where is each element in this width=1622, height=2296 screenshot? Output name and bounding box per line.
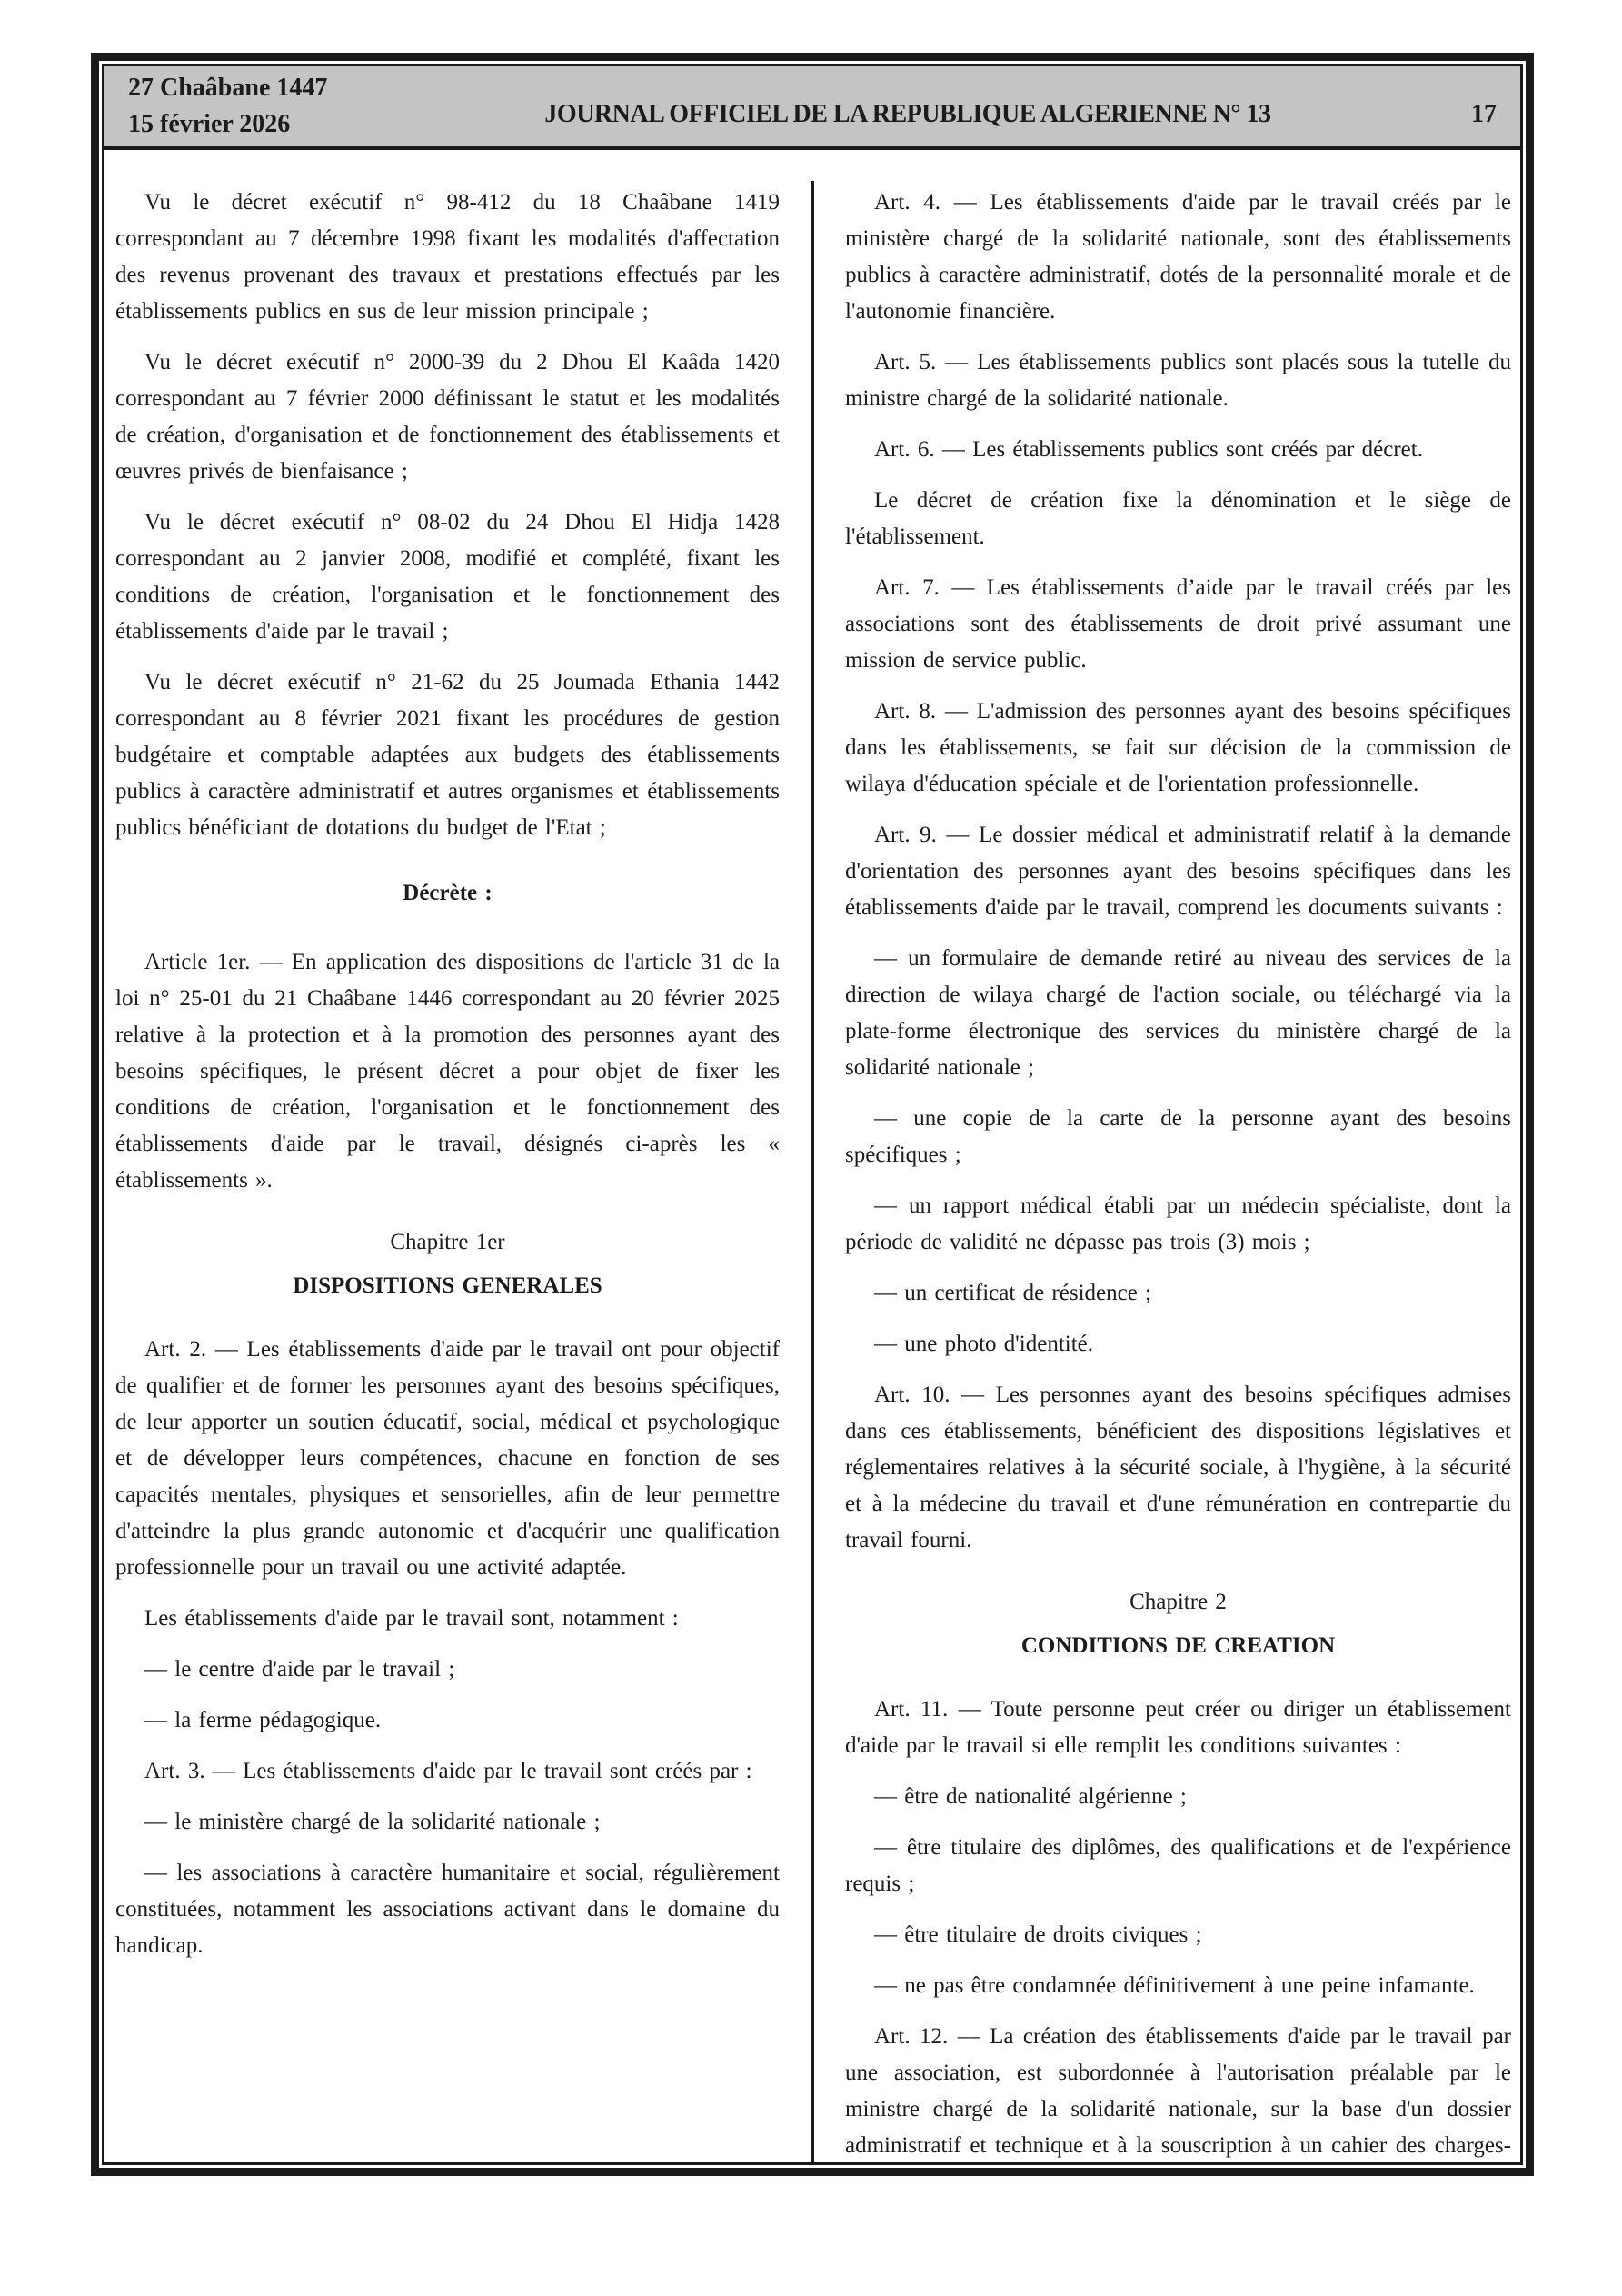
- date-gregorian: 15 février 2026: [128, 106, 428, 143]
- list-item: — être titulaire de droits civiques ;: [845, 1917, 1511, 1953]
- list-item: — un formulaire de demande retiré au niv…: [845, 941, 1511, 1086]
- right-column: Art. 4. — Les établissements d'aide par …: [812, 185, 1520, 2165]
- page-inner-frame: 27 Chaâbane 1447 15 février 2026 JOURNAL…: [102, 64, 1523, 2165]
- section-heading: DISPOSITIONS GENERALES: [115, 1268, 780, 1304]
- page-content: Vu le décret exécutif n° 98-412 du 18 Ch…: [104, 150, 1520, 2165]
- paragraph: Art. 11. — Toute personne peut créer ou …: [845, 1692, 1511, 1764]
- paragraph: Art. 2. — Les établissements d'aide par …: [115, 1332, 780, 1586]
- list-item: — ne pas être condamnée définitivement à…: [845, 1968, 1511, 2004]
- paragraph: Art. 9. — Le dossier médical et administ…: [845, 817, 1511, 926]
- paragraph: Art. 12. — La création des établissement…: [845, 2019, 1511, 2165]
- paragraph: Art. 3. — Les établissements d'aide par …: [115, 1753, 780, 1790]
- paragraph: Vu le décret exécutif n° 98-412 du 18 Ch…: [115, 185, 780, 330]
- list-item: — la ferme pédagogique.: [115, 1702, 780, 1739]
- paragraph: Le décret de création fixe la dénominati…: [845, 483, 1511, 555]
- list-item: — les associations à caractère humanitai…: [115, 1855, 780, 1964]
- paragraph: Art. 6. — Les établissements publics son…: [845, 432, 1511, 468]
- list-item: — le centre d'aide par le travail ;: [115, 1652, 780, 1688]
- paragraph: Article 1er. — En application des dispos…: [115, 944, 780, 1199]
- journal-page: 27 Chaâbane 1447 15 février 2026 JOURNAL…: [91, 53, 1534, 2176]
- paragraph: Art. 4. — Les établissements d'aide par …: [845, 185, 1511, 330]
- list-item: — une photo d'identité.: [845, 1326, 1511, 1363]
- column-divider: [811, 181, 814, 2165]
- paragraph: Art. 8. — L'admission des personnes ayan…: [845, 694, 1511, 803]
- journal-title: JOURNAL OFFICIEL DE LA REPUBLIQUE ALGERI…: [428, 100, 1388, 129]
- chapter-heading: Chapitre 1er: [115, 1224, 780, 1261]
- list-item: — un certificat de résidence ;: [845, 1275, 1511, 1312]
- list-item: — être de nationalité algérienne ;: [845, 1779, 1511, 1815]
- paragraph: Les établissements d'aide par le travail…: [115, 1601, 780, 1637]
- paragraph: Vu le décret exécutif n° 21-62 du 25 Jou…: [115, 664, 780, 846]
- paragraph: Art. 5. — Les établissements publics son…: [845, 344, 1511, 417]
- masthead-dates: 27 Chaâbane 1447 15 février 2026: [128, 70, 428, 143]
- chapter-heading: Chapitre 2: [845, 1584, 1511, 1621]
- list-item: — une copie de la carte de la personne a…: [845, 1101, 1511, 1173]
- date-hijri: 27 Chaâbane 1447: [128, 70, 428, 106]
- masthead: 27 Chaâbane 1447 15 février 2026 JOURNAL…: [104, 66, 1520, 150]
- list-item: — être titulaire des diplômes, des quali…: [845, 1830, 1511, 1902]
- paragraph: Art. 10. — Les personnes ayant des besoi…: [845, 1377, 1511, 1559]
- list-item: — le ministère chargé de la solidarité n…: [115, 1804, 780, 1841]
- section-heading: CONDITIONS DE CREATION: [845, 1628, 1511, 1664]
- decree-heading: Décrète :: [115, 875, 780, 912]
- paragraph: Vu le décret exécutif n° 08-02 du 24 Dho…: [115, 504, 780, 650]
- left-column: Vu le décret exécutif n° 98-412 du 18 Ch…: [104, 185, 812, 2165]
- paragraph: Art. 7. — Les établissements d’aide par …: [845, 570, 1511, 679]
- paragraph: Vu le décret exécutif n° 2000-39 du 2 Dh…: [115, 344, 780, 490]
- page-number: 17: [1388, 100, 1497, 129]
- list-item: — un rapport médical établi par un médec…: [845, 1188, 1511, 1261]
